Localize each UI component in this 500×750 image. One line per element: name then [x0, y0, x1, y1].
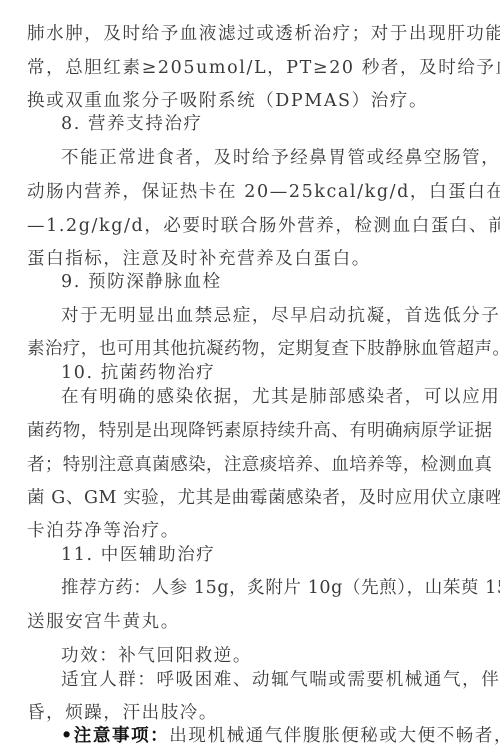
- text-line: 对于无明显出血禁忌症，尽早启动抗凝，首选低分子肝: [61, 305, 500, 327]
- text-line: 送服安宫牛黄丸。: [27, 611, 180, 633]
- section-heading: 9. 预防深静脉血栓: [61, 271, 222, 293]
- section-heading: 11. 中医辅助治疗: [61, 544, 215, 566]
- text-line: 不能正常进食者，及时给予经鼻胃管或经鼻空肠管，启: [61, 147, 500, 169]
- note-text: 出现机械通气伴腹胀便秘或大便不畅者，可: [169, 726, 500, 746]
- note-line: •注意事项：出现机械通气伴腹胀便秘或大便不畅者，可: [61, 725, 500, 747]
- text-line: 昏，烦躁，汗出肢冷。: [27, 702, 218, 724]
- text-line: 适宜人群：呼吸困难、动辄气喘或需要机械通气，伴神: [61, 669, 500, 691]
- text-line: 在有明确的感染依据，尤其是肺部感染者，可以应用抗: [61, 386, 500, 408]
- text-line: 常，总胆红素≥205umol/L，PT≥20 秒者，及时给予血浆置: [27, 57, 500, 79]
- section-heading: 8. 营养支持治疗: [61, 113, 203, 135]
- text-line: 功效：补气回阳救逆。: [61, 645, 252, 667]
- text-line: 推荐方药：人参 15g，炙附片 10g（先煎），山茱萸 15g，: [61, 577, 500, 599]
- text-line: 动肠内营养，保证热卡在 20—25kcal/kg/d，白蛋白在 1.0: [27, 181, 500, 203]
- document-page: 肺水肿，及时给予血液滤过或透析治疗；对于出现肝功能异 常，总胆红素≥205umo…: [0, 0, 500, 750]
- text-line: 卡泊芬净等治疗。: [27, 520, 180, 542]
- text-line: 肺水肿，及时给予血液滤过或透析治疗；对于出现肝功能异: [27, 23, 500, 45]
- text-line: 素治疗，也可用其他抗凝药物，定期复查下肢静脉血管超声。: [27, 338, 500, 360]
- text-line: 者；特别注意真菌感染，注意痰培养、血培养等，检测血真: [27, 454, 492, 476]
- note-label: •注意事项：: [61, 726, 169, 746]
- text-line: 菌药物，特别是出现降钙素原持续升高、有明确病原学证据: [27, 420, 492, 442]
- text-line: 蛋白指标，注意及时补充营养及白蛋白。: [27, 248, 371, 270]
- text-line: 换或双重血浆分子吸附系统（DPMAS）治疗。: [27, 90, 428, 112]
- text-line: 菌 G、GM 实验，尤其是曲霉菌感染者，及时应用伏立康唑、: [27, 487, 500, 509]
- section-heading: 10. 抗菌药物治疗: [61, 362, 215, 384]
- text-line: —1.2g/kg/d，必要时联合肠外营养，检测血白蛋白、前白: [27, 215, 500, 237]
